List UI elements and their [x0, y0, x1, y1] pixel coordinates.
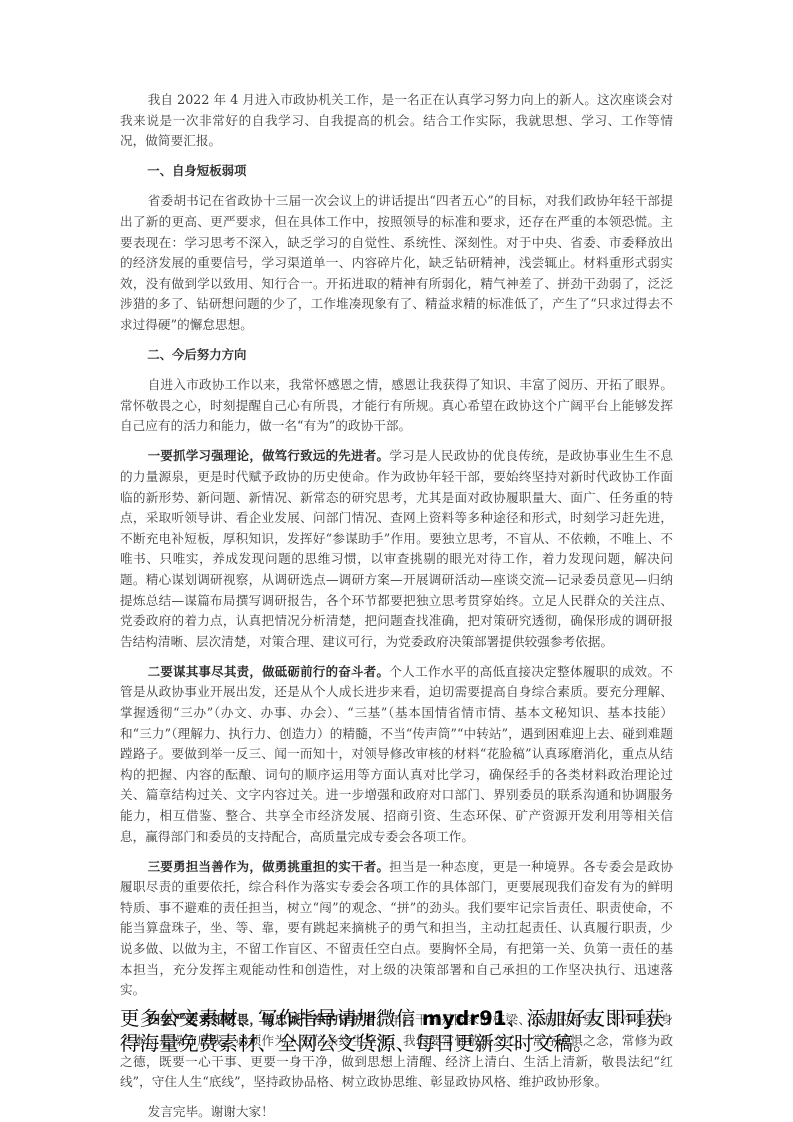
document-page: 我自 2022 年 4 月进入市政协机关工作，是一名正在认真学习努力向上的新人。…	[120, 90, 673, 1122]
point-text-3: 担当是一种态度，更是一种境界。各专委会是政协履职尽责的重要依托，综合科作为落实专…	[120, 859, 673, 998]
weaknesses-paragraph: 省委胡书记在省政协十三届一次会议上的讲话提出“四者五心”的目标，对我们政协年轻干…	[120, 191, 673, 335]
point-paragraph-3: 三要勇担当善作为，做勇挑重担的实干者。担当是一种态度，更是一种境界。各专委会是政…	[120, 857, 673, 1001]
point-paragraph-2: 二要谋其事尽其责，做砥砺前行的奋斗者。个人工作水平的高低直接决定整体履职的成效。…	[120, 662, 673, 847]
promo-banner: 更多公文素材、写作指导请加微信 mydr91、添加好友即可获得海量免费素材、全网…	[120, 1006, 680, 1056]
section-heading-weaknesses: 一、自身短板弱项	[120, 161, 673, 182]
point-lead-1: 一要抓学习强理论，做笃行致远的先进者。	[148, 448, 389, 463]
section-heading-direction: 二、今后努力方向	[120, 345, 673, 366]
promo-prefix: 更多公文素材、写作指导请加微信	[120, 1007, 422, 1030]
wechat-id: mydr91	[422, 1007, 507, 1030]
point-paragraph-1: 一要抓学习强理论，做笃行致远的先进者。学习是人民政协的优良传统，是政协事业生生不…	[120, 446, 673, 652]
point-lead-2: 二要谋其事尽其责，做砥砺前行的奋斗者。	[148, 664, 389, 679]
closing-line: 发言完毕。谢谢大家！	[120, 1102, 673, 1122]
point-lead-3: 三要勇担当善作为，做勇挑重担的实干者。	[148, 859, 389, 874]
point-text-2: 个人工作水平的高低直接决定整体履职的成效。不管是从政协事业开展出发，还是从个人成…	[120, 664, 673, 844]
direction-intro-paragraph: 自进入市政协工作以来，我常怀感恩之情，感恩让我获得了知识、丰富了阅历、开拓了眼界…	[120, 375, 673, 437]
intro-paragraph: 我自 2022 年 4 月进入市政协机关工作，是一名正在认真学习努力向上的新人。…	[120, 90, 673, 152]
point-text-1: 学习是人民政协的优良传统，是政协事业生生不息的力量源泉，更是时代赋予政协的历史使…	[120, 448, 673, 648]
